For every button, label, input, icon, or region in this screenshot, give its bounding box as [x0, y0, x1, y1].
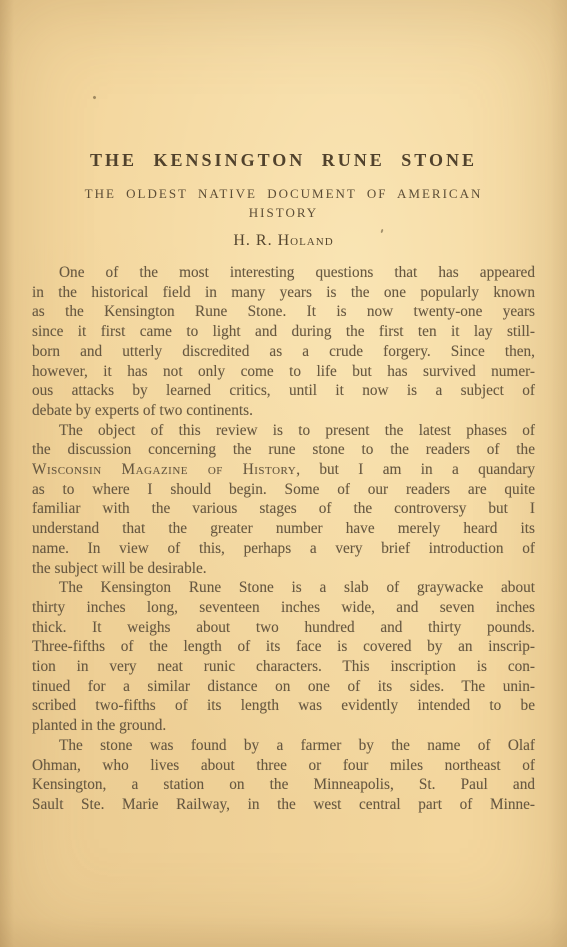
- text-line: debate by experts of two continents.: [32, 401, 535, 421]
- article-body: One of the most interesting questions th…: [32, 263, 535, 815]
- text-line: tion in very neat runic characters. This…: [32, 657, 535, 677]
- text-line: The stone was found by a farmer by the n…: [32, 736, 535, 756]
- text-line: thick. It weighs about two hundred and t…: [32, 618, 535, 638]
- scanned-page: THE KENSINGTON RUNE STONE THE OLDEST NAT…: [0, 0, 567, 947]
- subtitle-line-1: THE OLDEST NATIVE DOCUMENT OF AMERICAN: [0, 184, 567, 203]
- text-line: familiar with the various stages of the …: [32, 499, 535, 519]
- text-line: tinued for a similar distance on one of …: [32, 677, 535, 697]
- text-line: planted in the ground.: [32, 716, 535, 736]
- text-line: The Kensington Rune Stone is a slab of g…: [32, 578, 535, 598]
- text-line: the discussion concerning the rune stone…: [32, 440, 535, 460]
- text-line: thirty inches long, seventeen inches wid…: [32, 598, 535, 618]
- text-line: however, it has not only come to life bu…: [32, 362, 535, 382]
- text-line: as to where I should begin. Some of our …: [32, 480, 535, 500]
- ink-speck: [92, 95, 96, 99]
- author-byline: H. R. Holand: [0, 232, 567, 250]
- paragraph: One of the most interesting questions th…: [32, 263, 535, 421]
- text-line: Three-fifths of the length of its face i…: [32, 637, 535, 657]
- paragraph: The stone was found by a farmer by the n…: [32, 736, 535, 815]
- paragraph: The object of this review is to present …: [32, 421, 535, 579]
- text-line: name. In view of this, perhaps a very br…: [32, 539, 535, 559]
- text-line: since it first came to light and during …: [32, 322, 535, 342]
- text-line: scribed two-fifths of its length was evi…: [32, 696, 535, 716]
- text-line: Kensington, a station on the Minneapolis…: [32, 775, 535, 795]
- text-line: Sault Ste. Marie Railway, in the west ce…: [32, 795, 535, 815]
- text-line: in the historical field in many years is…: [32, 283, 535, 303]
- text-line: Wisconsin Magazine of History, but I am …: [32, 460, 535, 480]
- small-caps-text: Wisconsin Magazine of History: [32, 461, 296, 478]
- text-line: Ohman, who lives about three or four mil…: [32, 756, 535, 776]
- article-subtitle: THE OLDEST NATIVE DOCUMENT OF AMERICAN H…: [0, 184, 567, 222]
- paragraph: The Kensington Rune Stone is a slab of g…: [32, 578, 535, 736]
- text-line: understand that the greater number have …: [32, 519, 535, 539]
- text-line: the subject will be desirable.: [32, 559, 535, 579]
- text-line: ous attacks by learned critics, until it…: [32, 381, 535, 401]
- text-line: born and utterly discredited as a crude …: [32, 342, 535, 362]
- article-title: THE KENSINGTON RUNE STONE: [0, 150, 567, 171]
- subtitle-line-2: HISTORY: [0, 203, 567, 222]
- text-line: One of the most interesting questions th…: [32, 263, 535, 283]
- text-line: as the Kensington Rune Stone. It is now …: [32, 302, 535, 322]
- text-line: The object of this review is to present …: [32, 421, 535, 441]
